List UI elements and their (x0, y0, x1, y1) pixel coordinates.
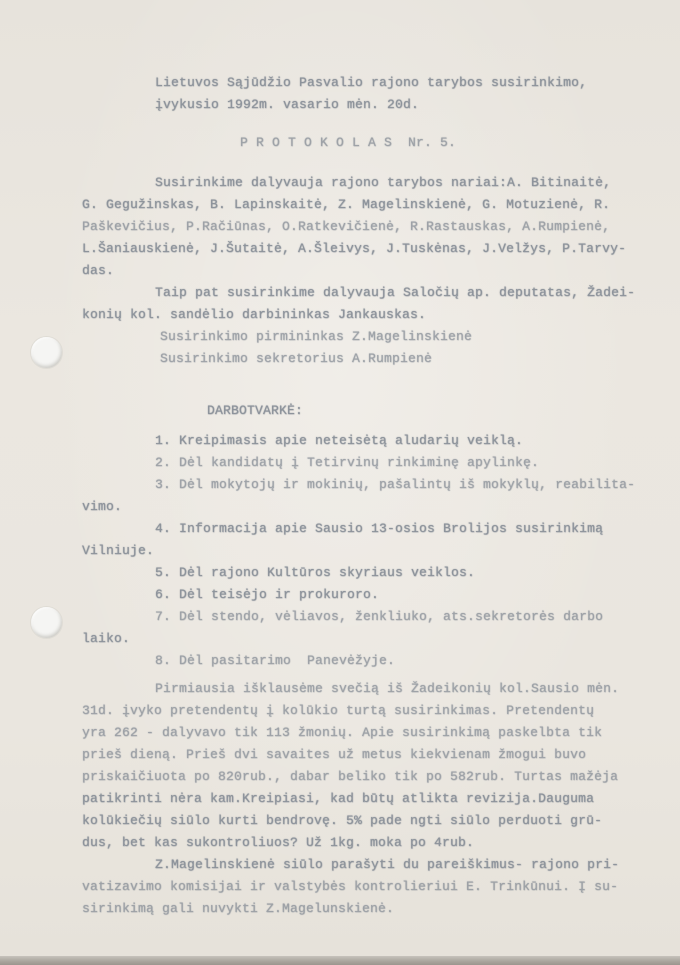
body-line: Pirmiausia išklausėme svečią iš Žadeikon… (82, 678, 680, 700)
body-paragraph-1: Pirmiausia išklausėme svečią iš Žadeikon… (82, 678, 680, 854)
agenda-item-4: 4. Informacija apie Sausio 13-osios Brol… (82, 518, 680, 540)
header-line-2: įvykusio 1992m. vasario mėn. 20d. (82, 94, 680, 116)
header-line-1: Lietuvos Sąjūdžio Pasvalio rajono tarybo… (82, 72, 680, 94)
guests-paragraph: Taip pat susirinkime dalyvauja Saločių a… (82, 282, 680, 326)
punch-hole-top (31, 337, 62, 368)
scanned-document-page: Lietuvos Sąjūdžio Pasvalio rajono tarybo… (0, 0, 680, 965)
attendees-paragraph: Susirinkime dalyvauja rajono tarybos nar… (82, 172, 680, 282)
attendees-line: Paškevičius, P.Račiūnas, O.Ratkevičienė,… (82, 216, 680, 238)
agenda-heading-block: DARBOTVARKĖ: (82, 400, 680, 422)
agenda-item-1: 1. Kreipimasis apie neteisėtą aludarių v… (82, 430, 680, 452)
protocol-title: P R O T O K O L A S Nr. 5. (82, 132, 680, 154)
agenda-item-2: 2. Dėl kandidatų į Tetirvinų rinkiminę a… (82, 452, 680, 474)
attendees-line: G. Gegužinskas, B. Lapinskaitė, Z. Magel… (82, 194, 680, 216)
attendees-line: das. (82, 260, 680, 282)
agenda-item-6: 6. Dėl teisėjo ir prokuroro. (82, 584, 680, 606)
guests-line: konių kol. sandėlio darbininkas Jankausk… (82, 304, 680, 326)
chairman-line: Susirinkimo pirmininkas Z.Magelinskienė (82, 326, 680, 348)
body-line: patikrinti nėra kam.Kreipiasi, kad būtų … (82, 788, 680, 810)
punch-hole-bottom (31, 607, 62, 638)
agenda-item-3: 3. Dėl mokytojų ir mokinių, pašalintų iš… (82, 474, 680, 496)
agenda-item-8: 8. Dėl pasitarimo Panevėžyje. (82, 650, 680, 672)
body-line: sirinkimą gali nuvykti Z.Magelunskienė. (82, 898, 680, 920)
body-line: vatizavimo komisijai ir valstybės kontro… (82, 876, 680, 898)
agenda-heading: DARBOTVARKĖ: (82, 400, 680, 422)
body-paragraph-2: Z.Magelinskienė siūlo parašyti du pareiš… (82, 854, 680, 920)
secretary-line: Susirinkimo sekretorius A.Rumpienė (82, 348, 680, 370)
body-line: dus, bet kas sukontroliuos? Už 1kg. moka… (82, 832, 680, 854)
agenda-item-7-wrap: laiko. (82, 628, 680, 650)
scan-bottom-edge (0, 956, 680, 965)
agenda-item-7: 7. Dėl stendo, vėliavos, ženkliuko, ats.… (82, 606, 680, 628)
attendees-line: Susirinkime dalyvauja rajono tarybos nar… (82, 172, 680, 194)
agenda-item-4-wrap: Vilniuje. (82, 540, 680, 562)
body-line: priskaičiuota po 820rub., dabar beliko t… (82, 766, 680, 788)
body-line: 31d. įvyko pretendentų į kolūkio turtą s… (82, 700, 680, 722)
guests-line: Taip pat susirinkime dalyvauja Saločių a… (82, 282, 680, 304)
body-line: yra 262 - dalyvavo tik 113 žmonių. Apie … (82, 722, 680, 744)
officials-block: Susirinkimo pirmininkas Z.Magelinskienė … (82, 326, 680, 370)
attendees-line: L.Šaniauskienė, J.Šutaitė, A.Šleivys, J.… (82, 238, 680, 260)
document-header: Lietuvos Sąjūdžio Pasvalio rajono tarybo… (82, 72, 680, 116)
agenda-item-3-wrap: vimo. (82, 496, 680, 518)
body-line: Z.Magelinskienė siūlo parašyti du pareiš… (82, 854, 680, 876)
protocol-title-block: P R O T O K O L A S Nr. 5. (82, 132, 680, 154)
agenda-list: 1. Kreipimasis apie neteisėtą aludarių v… (82, 430, 680, 672)
agenda-item-5: 5. Dėl rajono Kultūros skyriaus veiklos. (82, 562, 680, 584)
body-line: kolūkiečių siūlo kurti bendrovę. 5% pade… (82, 810, 680, 832)
body-line: prieš dieną. Prieš dvi savaites už metus… (82, 744, 680, 766)
